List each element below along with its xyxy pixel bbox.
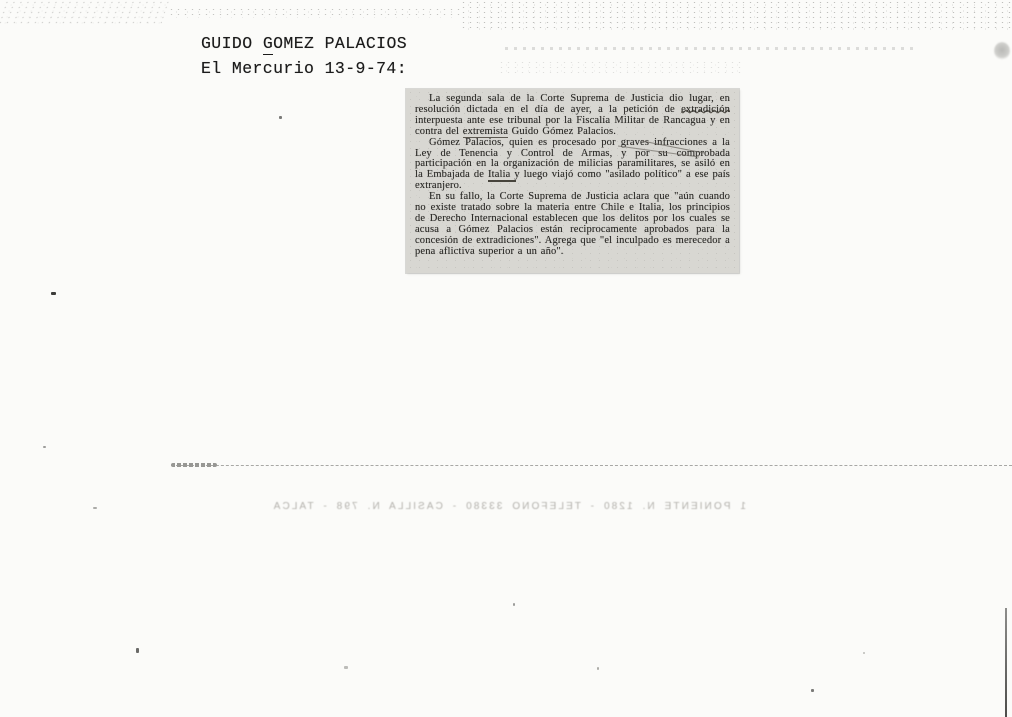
bleed-through-letterhead: 1 PONIENTE N. 1280 - TELEFONO 33380 - CA… bbox=[334, 501, 746, 512]
scan-noise-streak bbox=[168, 7, 460, 18]
clipping-text-segment: Guido Gómez Palacios. bbox=[508, 126, 616, 137]
scan-dotted-line bbox=[505, 47, 917, 50]
clipping-text-segment: En su fallo, la Corte Suprema de Justici… bbox=[415, 191, 730, 257]
newspaper-clipping: La segunda sala de la Corte Suprema de J… bbox=[406, 89, 739, 273]
ink-speck bbox=[513, 603, 515, 606]
scan-noise-patch bbox=[498, 60, 743, 76]
ink-speck bbox=[51, 292, 56, 295]
document-subtitle: El Mercurio 13-9-74: bbox=[201, 59, 407, 78]
ink-speck bbox=[93, 507, 97, 509]
ink-speck bbox=[279, 116, 282, 119]
page-edge-line bbox=[1005, 608, 1007, 717]
ink-speck bbox=[597, 667, 599, 670]
clipping-paragraph: En su fallo, la Corte Suprema de Justici… bbox=[415, 192, 730, 257]
clipping-text: La segunda sala de la Corte Suprema de J… bbox=[415, 94, 730, 258]
title-underlined-letter: G bbox=[263, 34, 273, 55]
document-title: GUIDO GOMEZ PALACIOS bbox=[201, 34, 407, 53]
ink-speck bbox=[811, 689, 814, 692]
ink-speck bbox=[344, 666, 348, 669]
ink-speck bbox=[43, 446, 46, 448]
marked-word-scribble: extradición bbox=[681, 104, 730, 115]
scan-noise-top-left bbox=[0, 0, 169, 26]
scan-noise-top-right bbox=[460, 0, 1012, 30]
clipping-paragraph: La segunda sala de la Corte Suprema de J… bbox=[415, 94, 730, 138]
ink-speck bbox=[863, 652, 865, 654]
ink-speck bbox=[136, 648, 139, 653]
title-text-pre: GUIDO bbox=[201, 34, 263, 53]
scan-smudge bbox=[994, 42, 1010, 60]
clipping-paragraph: Gómez Palacios, quien es procesado por g… bbox=[415, 138, 730, 193]
fold-line bbox=[171, 465, 1012, 466]
title-text-post: OMEZ PALACIOS bbox=[273, 34, 407, 53]
